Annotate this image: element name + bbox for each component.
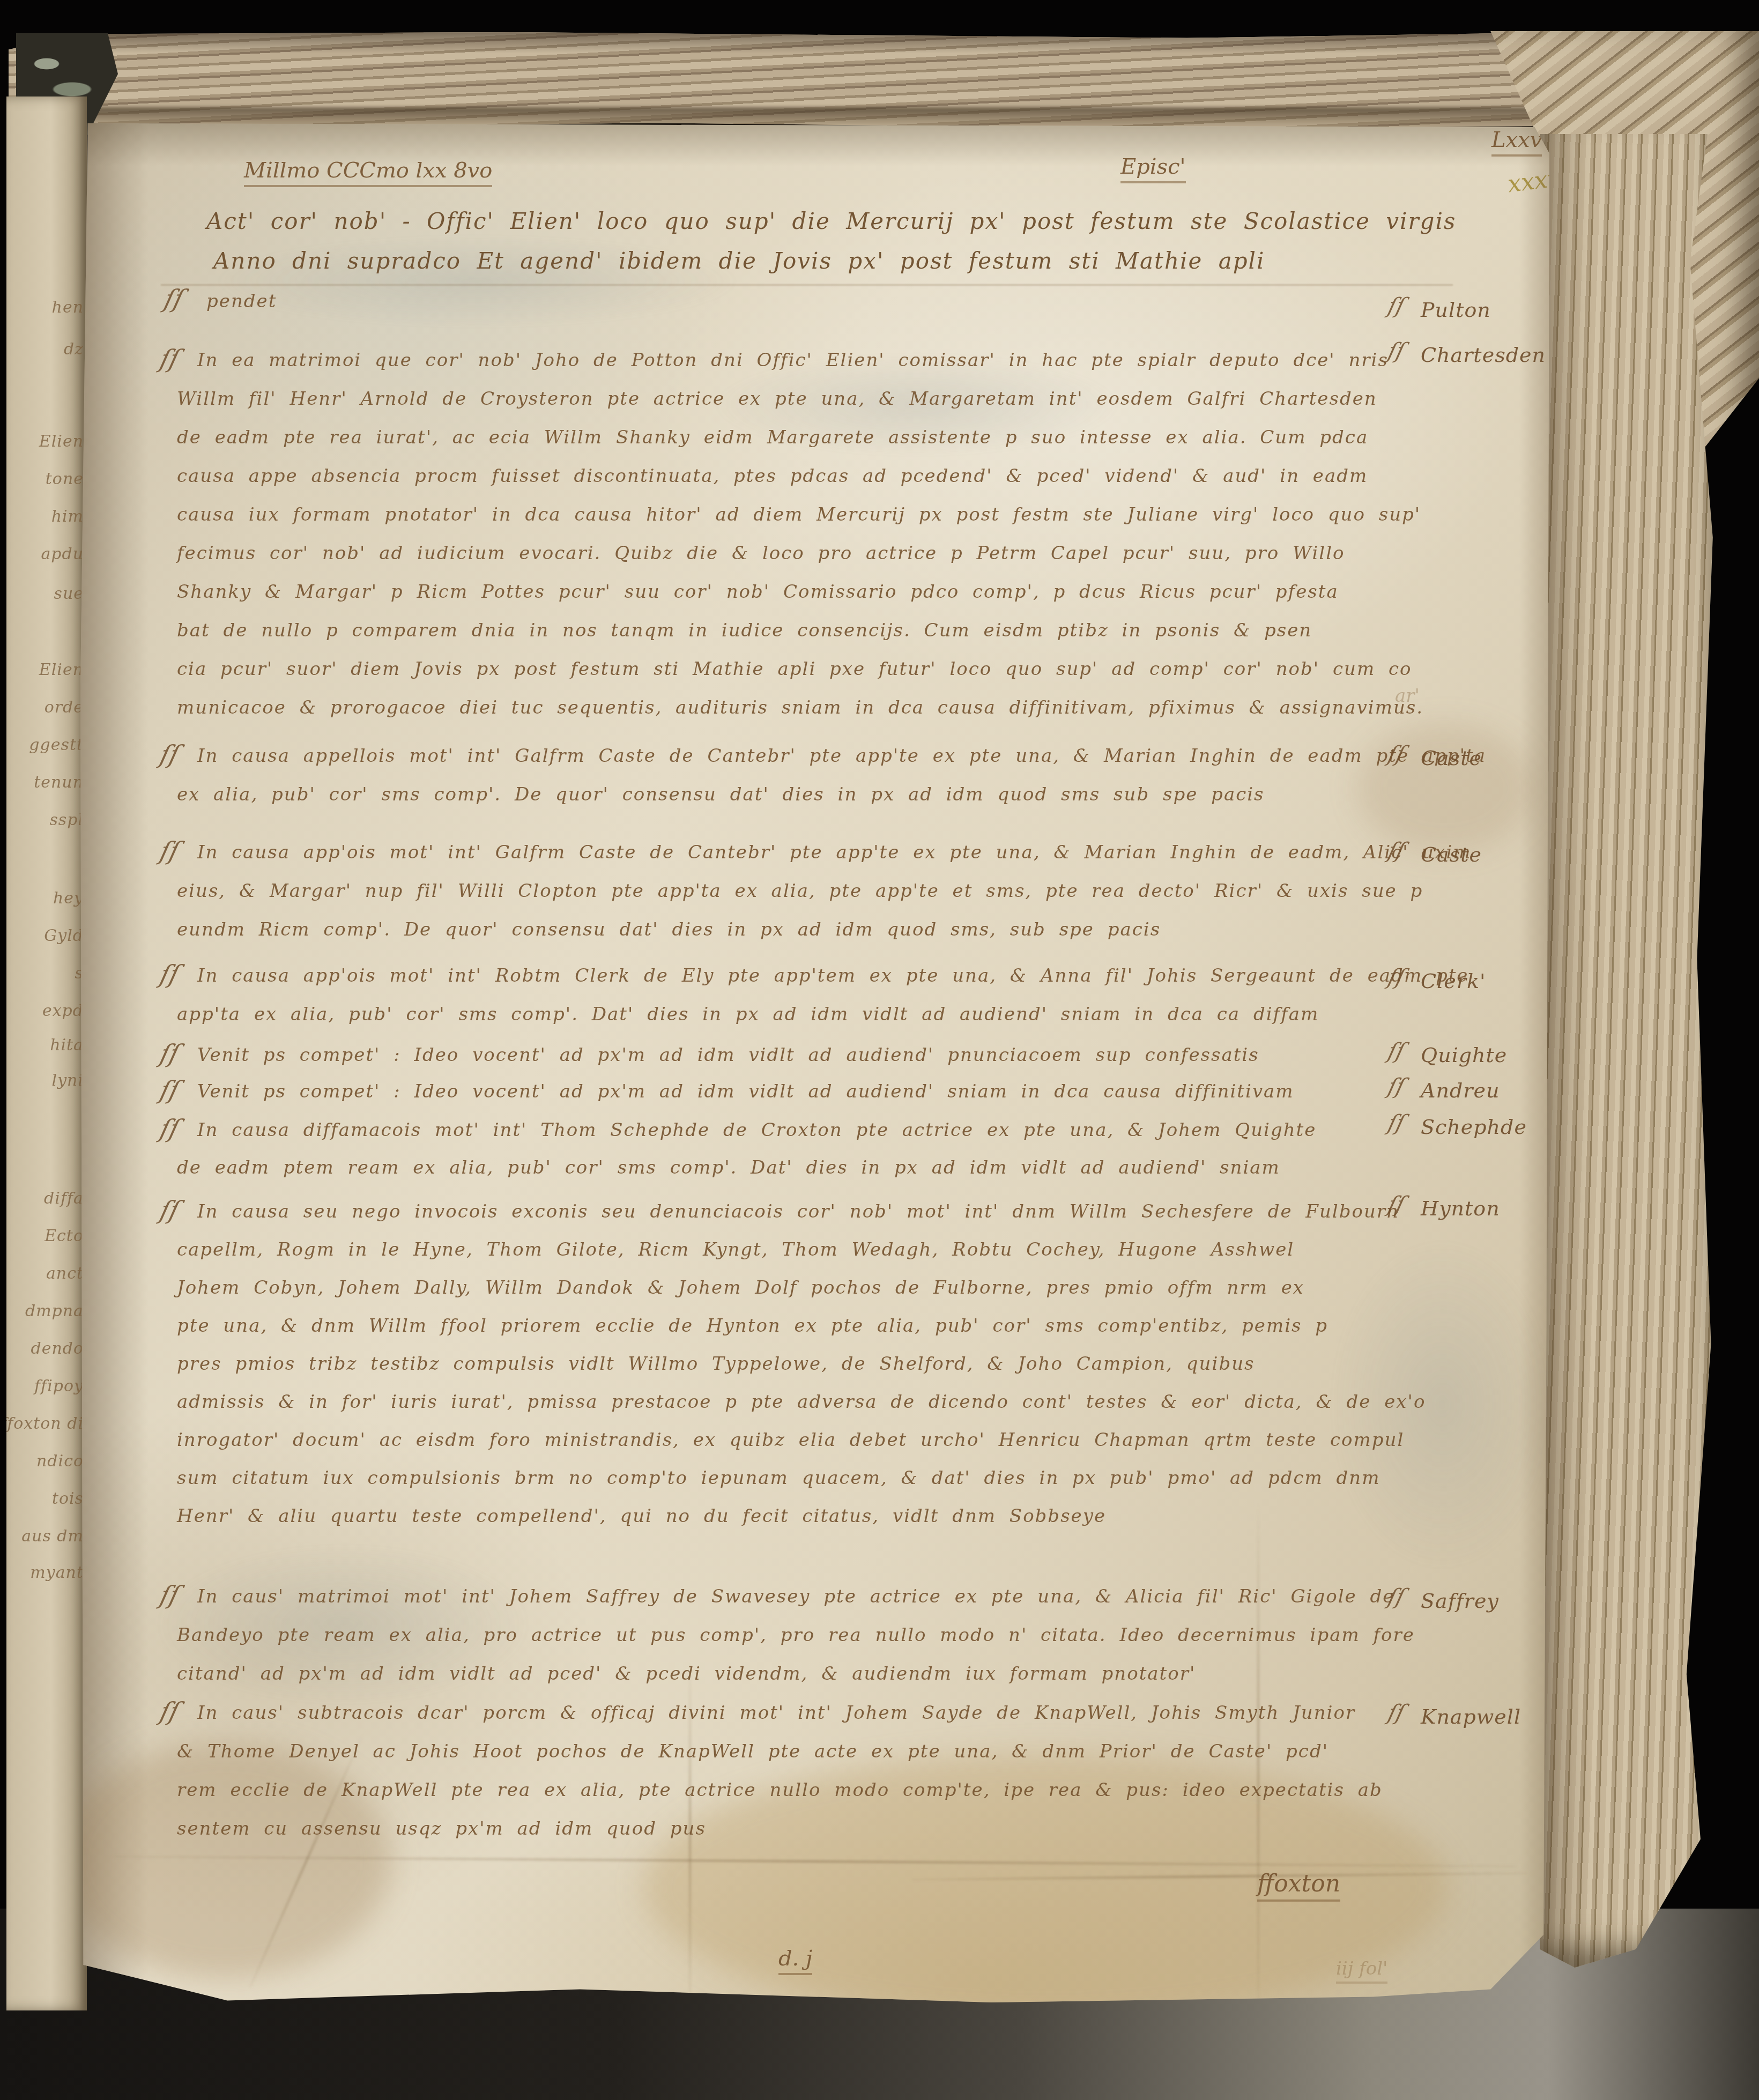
entry-line: eundm Ricm comp'. De quor' consensu dat'…	[177, 919, 1161, 940]
prev-folio-fragment: dendo	[31, 1339, 84, 1358]
year-heading: Millmo CCCmo lxx 8vo	[244, 158, 492, 183]
ruling-line	[161, 284, 1453, 286]
entry-paraph: ſſ	[157, 960, 183, 989]
entry-paraph: ſſ	[157, 1039, 183, 1068]
entry-line: In caus' matrimoi mot' int' Johem Saffre…	[197, 1586, 1394, 1607]
act-heading-line2: Anno dni supradco Et agend' ibidem die J…	[213, 248, 1265, 274]
quire-signature: d. j	[778, 1946, 812, 1971]
status-note: pendet	[206, 291, 277, 312]
entry-paraph: ſſ	[157, 836, 183, 865]
margin-paraph: ſſ	[1385, 339, 1407, 363]
manuscript-photo: hendzElientonehimapdusueElienordeggesttt…	[0, 0, 1759, 2100]
margin-note: Andreu	[1421, 1079, 1500, 1102]
prev-folio-fragment: ffoxton di	[6, 1414, 84, 1433]
scribe-mark: ffoxton	[1257, 1870, 1340, 1897]
entry-line: bat de nullo p comparem dnia in nos tanq…	[177, 620, 1312, 641]
previous-folio-edge: hendzElientonehimapdusueElienordeggesttt…	[6, 97, 87, 2010]
entry-line: citand' ad px'm ad idm vidlt ad pced' & …	[177, 1663, 1196, 1685]
entry-paraph: ſſ	[157, 740, 183, 769]
folio-number-old: Lxxv	[1491, 128, 1542, 152]
entry-line: fecimus cor' nob' ad iudicium evocari. Q…	[177, 543, 1345, 564]
margin-paraph: ſſ	[1385, 1701, 1407, 1725]
entry-line: Henr' & aliu quartu teste compellend', q…	[177, 1505, 1106, 1527]
entry-paraph: ſſ	[157, 1580, 183, 1609]
margin-paraph: ſſ	[1385, 1039, 1407, 1064]
crease-horizontal-2	[911, 1872, 1528, 1881]
entry-line: In causa diffamacois mot' int' Thom Sche…	[197, 1119, 1316, 1141]
entry-line: Venit ps compet' : Ideo vocent' ad px'm …	[197, 1044, 1259, 1066]
entry-line: sum citatum iux compulsionis brm no comp…	[177, 1467, 1380, 1489]
margin-note: Clerk'	[1421, 969, 1486, 993]
entry-line: eius, & Margar' nup fil' Willi Clopton p…	[177, 880, 1423, 902]
entry-line: & Thome Denyel ac Johis Hoot pochos de K…	[177, 1741, 1328, 1762]
entry-line: cia pcur' suor' diem Jovis px post festu…	[177, 658, 1412, 680]
entry-paraph: ſſ	[157, 1697, 183, 1726]
prev-folio-fragment: ffipoy	[34, 1377, 84, 1396]
entry-line: Willm fil' Henr' Arnold de Croysteron pt…	[177, 388, 1377, 410]
prev-folio-fragment: Gyld	[44, 926, 84, 945]
entry-line: In causa appellois mot' int' Galfrm Cast…	[197, 745, 1486, 767]
entry-line: In caus' subtracois dcar' porcm & offica…	[197, 1702, 1355, 1724]
entry-line: causa appe absencia procm fuisset discon…	[177, 465, 1368, 487]
prev-folio-fragment: diffa	[44, 1189, 84, 1208]
margin-paraph: ſſ	[1385, 1192, 1407, 1217]
margin-paraph: ſſ	[1385, 294, 1407, 318]
prev-folio-fragment: tenun	[34, 773, 84, 792]
prev-folio-fragment: lyni	[52, 1071, 84, 1090]
entry-line: Shanky & Margar' p Ricm Pottes pcur' suu…	[177, 581, 1339, 603]
entry-line: sentem cu assensu usqz px'm ad idm quod …	[177, 1818, 706, 1839]
entry-line: Venit ps compet' : Ideo vocent' ad px'm …	[197, 1081, 1294, 1102]
stain-bottom-left	[59, 1742, 391, 1978]
margin-paraph: ſſ	[1385, 1074, 1407, 1099]
prev-folio-fragment: ggestt	[29, 736, 84, 754]
prev-folio-fragment: anct	[46, 1264, 84, 1283]
margin-note: Hynton	[1421, 1197, 1500, 1220]
entry-line: In causa seu nego invocois exconis seu d…	[197, 1201, 1399, 1222]
entry-line: app'ta ex alia, pub' cor' sms comp'. Dat…	[177, 1004, 1319, 1025]
entry-line: pres pmios tribz testibz compulsis vidlt…	[177, 1353, 1255, 1375]
entry-line: In causa app'ois mot' int' Galfrm Caste …	[197, 842, 1472, 863]
margin-note: Caste	[1421, 746, 1482, 770]
stain-right-margin	[1356, 724, 1533, 852]
prev-folio-fragment: him	[51, 507, 84, 526]
entry-line: Bandeyo pte ream ex alia, pro actrice ut…	[177, 1624, 1415, 1646]
page-leaf: Millmo CCCmo lxx 8vo Episc' Lxxv xxxviij…	[80, 123, 1549, 2002]
prev-folio-fragment: sue	[54, 584, 84, 603]
margin-note: Pulton	[1421, 298, 1491, 322]
entry-paraph: ſſ	[157, 1075, 183, 1104]
book-top-edge	[9, 32, 1692, 129]
session-heading: Episc'	[1120, 154, 1186, 179]
entry-line: pte una, & dnm Willm ffool priorem eccli…	[177, 1315, 1328, 1337]
folio-note: iij fol'	[1336, 1958, 1387, 1979]
entry-line: In ea matrimoi que cor' nob' Joho de Pot…	[197, 350, 1389, 371]
entry-line: ex alia, pub' cor' sms comp'. De quor' c…	[177, 784, 1265, 805]
prev-folio-fragment: Elien	[39, 661, 84, 679]
margin-note: Chartesden	[1421, 343, 1546, 367]
entry-paraph: ſſ	[157, 1114, 183, 1143]
margin-note: Saffrey	[1421, 1589, 1499, 1613]
crease-horizontal	[113, 1856, 1517, 1867]
prev-folio-fragment: ndico	[36, 1452, 84, 1471]
crease-wrinkle	[249, 1733, 364, 1988]
margin-note: Quighte	[1421, 1043, 1507, 1067]
prev-folio-fragment: apdu	[41, 545, 84, 563]
prev-folio-fragment: orde	[44, 698, 84, 717]
fore-edge-leaves	[1540, 134, 1715, 1968]
prev-folio-fragment: Ecto	[44, 1227, 84, 1245]
paraph-mark: ſſ	[161, 284, 187, 313]
prev-folio-fragment: expd	[42, 1001, 84, 1020]
margin-note: Knapwell	[1421, 1705, 1521, 1728]
folio-number-new: xxxviij	[1506, 162, 1584, 198]
prev-folio-fragment: dmpna	[25, 1302, 84, 1320]
entry-line: de eadm ptem ream ex alia, pub' cor' sms…	[177, 1157, 1280, 1178]
prev-folio-fragment: hen	[52, 298, 84, 317]
prev-folio-fragment: sspl	[49, 811, 84, 829]
prev-folio-fragment: hey	[53, 889, 84, 908]
entry-paraph: ſſ	[157, 344, 183, 373]
entry-line: de eadm pte rea iurat', ac ecia Willm Sh…	[177, 427, 1368, 448]
prev-folio-fragment: tone	[46, 470, 84, 488]
entry-line: admissis & in for' iuris iurat', pmissa …	[177, 1391, 1426, 1413]
margin-paraph: ſſ	[1385, 1111, 1407, 1136]
entry-line: municacoe & prorogacoe diei tuc sequenti…	[177, 697, 1423, 718]
prev-folio-fragment: Elien	[39, 432, 84, 451]
act-heading-line1: Act' cor' nob' - Offic' Elien' loco quo …	[206, 208, 1456, 234]
entry-line: causa iux formam pnotator' in dca causa …	[177, 504, 1421, 525]
prev-folio-fragment: aus dm	[21, 1527, 84, 1546]
entry-line: In causa app'ois mot' int' Robtm Clerk d…	[197, 965, 1468, 986]
prev-folio-fragment: hita	[50, 1036, 84, 1055]
prev-folio-fragment: tois	[52, 1489, 84, 1508]
entry-line: inrogator' docum' ac eisdm foro ministra…	[177, 1429, 1404, 1451]
entry-line: Johem Cobyn, Johem Dally, Willm Dandok &…	[177, 1277, 1304, 1298]
prev-folio-fragment: dz	[64, 340, 84, 359]
entry-line: capellm, Rogm in le Hyne, Thom Gilote, R…	[177, 1239, 1294, 1260]
entry-line: rem ecclie de KnapWell pte rea ex alia, …	[177, 1779, 1383, 1801]
prev-folio-fragment: myant	[30, 1563, 84, 1582]
margin-note: Schephde	[1421, 1115, 1527, 1139]
margin-note: Caste	[1421, 843, 1482, 866]
entry-paraph: ſſ	[157, 1196, 183, 1225]
